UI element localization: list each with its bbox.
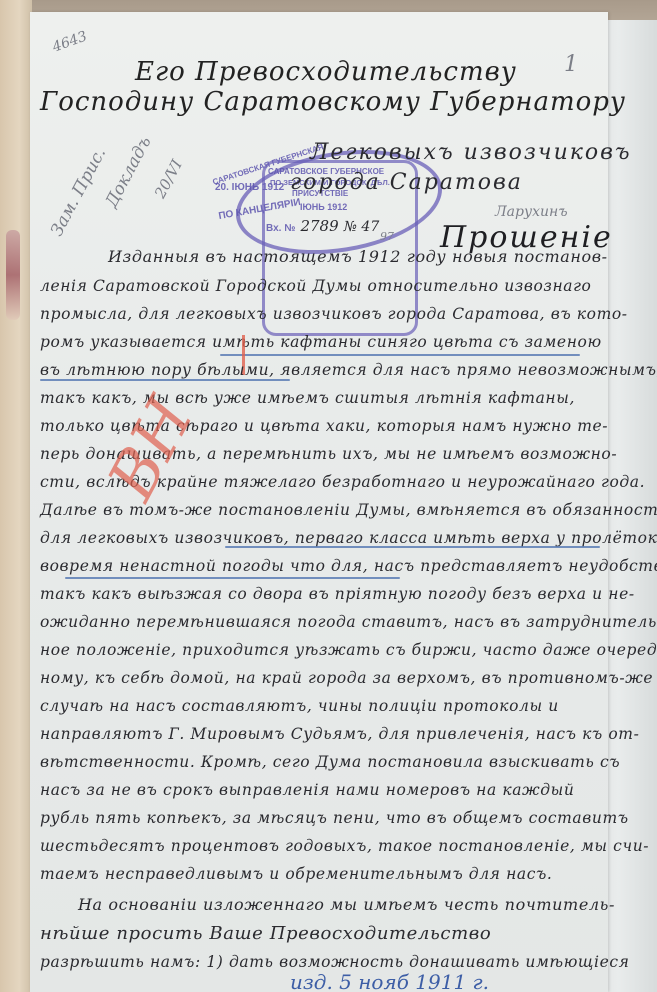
body-line-6: такъ какъ, мы всѣ уже имѣемъ сшитыя лѣтн… xyxy=(40,389,575,407)
margin-note-doklad: Докладъ xyxy=(102,133,156,211)
body-line-18: направляютъ Г. Мировымъ Судьямъ, для при… xyxy=(40,725,639,743)
body-line-25: нѣйше просить Ваше Превосходительство xyxy=(40,923,491,944)
stamp-mark: 97 xyxy=(380,230,394,243)
archive-number: 4643 xyxy=(50,28,89,55)
torn-edge xyxy=(6,230,20,320)
body-line-14: ожиданно перемѣнившаяся погода ставитъ, … xyxy=(40,613,657,631)
body-line-5: въ лѣтнюю пору бѣлыми, является для насъ… xyxy=(40,361,657,379)
body-line-17: случаѣ на насъ составляютъ, чины полиціи… xyxy=(40,697,559,715)
incoming-suffix: № 47 xyxy=(344,219,380,235)
body-line-12: вовремя ненастной погоды что для, насъ п… xyxy=(40,557,657,575)
body-line-16: ному, къ себѣ домой, на край города за в… xyxy=(40,669,653,687)
blue-underline-2 xyxy=(40,379,290,381)
bottom-blue-note: изд. 5 нояб 1911 г. xyxy=(290,970,489,992)
blue-underline-1 xyxy=(220,354,580,356)
body-line-23: таемъ несправедливымъ и обременительнымъ… xyxy=(40,865,552,883)
body-line-3: промысла, для легковыхъ извозчиковъ горо… xyxy=(40,305,628,323)
body-line-15: ное положеніе, приходится уѣзжать съ бир… xyxy=(40,641,657,659)
body-line-1: Изданныя въ настоящемъ 1912 году новыя п… xyxy=(108,247,608,266)
addressee-line-2: Господину Саратовскому Губернатору xyxy=(40,87,626,117)
body-line-20: насъ за не въ срокъ выправленія нами ном… xyxy=(40,781,575,799)
stamp-rect-date: ІЮНЬ 1912 xyxy=(300,202,347,212)
body-line-2: ленія Саратовской Городской Думы относит… xyxy=(40,277,591,295)
body-line-21: рубль пять копѣекъ, за мѣсяцъ пени, что … xyxy=(40,809,629,827)
sender-pencil-note: Ларухинъ xyxy=(495,204,568,220)
body-line-13: такъ какъ выѣзжая со двора въ пріятную п… xyxy=(40,585,635,603)
body-line-19: вѣтственности. Кромѣ, сего Дума постанов… xyxy=(40,753,620,771)
body-line-4: ромъ указывается имѣть кафтаны синяго цв… xyxy=(40,333,602,351)
document-page: 4643 1 Его Превосходительству Господину … xyxy=(30,12,608,992)
folder-edge xyxy=(0,0,32,992)
body-line-24: На основаніи изложеннаго мы имѣемъ честь… xyxy=(78,895,615,914)
stamp-rect-incoming: Вх. № 2789 № 47 xyxy=(266,216,379,235)
page-number: 1 xyxy=(564,52,578,77)
blue-underline-4 xyxy=(65,577,400,579)
incoming-number: 2789 xyxy=(300,217,338,235)
body-line-22: шестьдесятъ процентовъ годовыхъ, такое п… xyxy=(40,837,649,855)
blue-underline-3 xyxy=(225,546,600,548)
body-line-10: Далѣе въ томъ-же постановленіи Думы, вмѣ… xyxy=(40,501,657,519)
sender-line-2: города Саратова xyxy=(290,170,523,195)
incoming-label: Вх. № xyxy=(266,223,295,234)
addressee-line-1: Его Превосходительству xyxy=(135,57,517,87)
sender-line-1: Легковыхъ извозчиковъ xyxy=(310,140,632,165)
margin-note-zam-pris: Зам. Прис. xyxy=(47,144,110,239)
body-line-11: для легковыхъ извозчиковъ, перваго класс… xyxy=(40,529,657,547)
margin-note-date: 20/VI xyxy=(151,157,186,202)
body-line-26: разрѣшить намъ: 1) дать возможность дона… xyxy=(40,953,630,971)
